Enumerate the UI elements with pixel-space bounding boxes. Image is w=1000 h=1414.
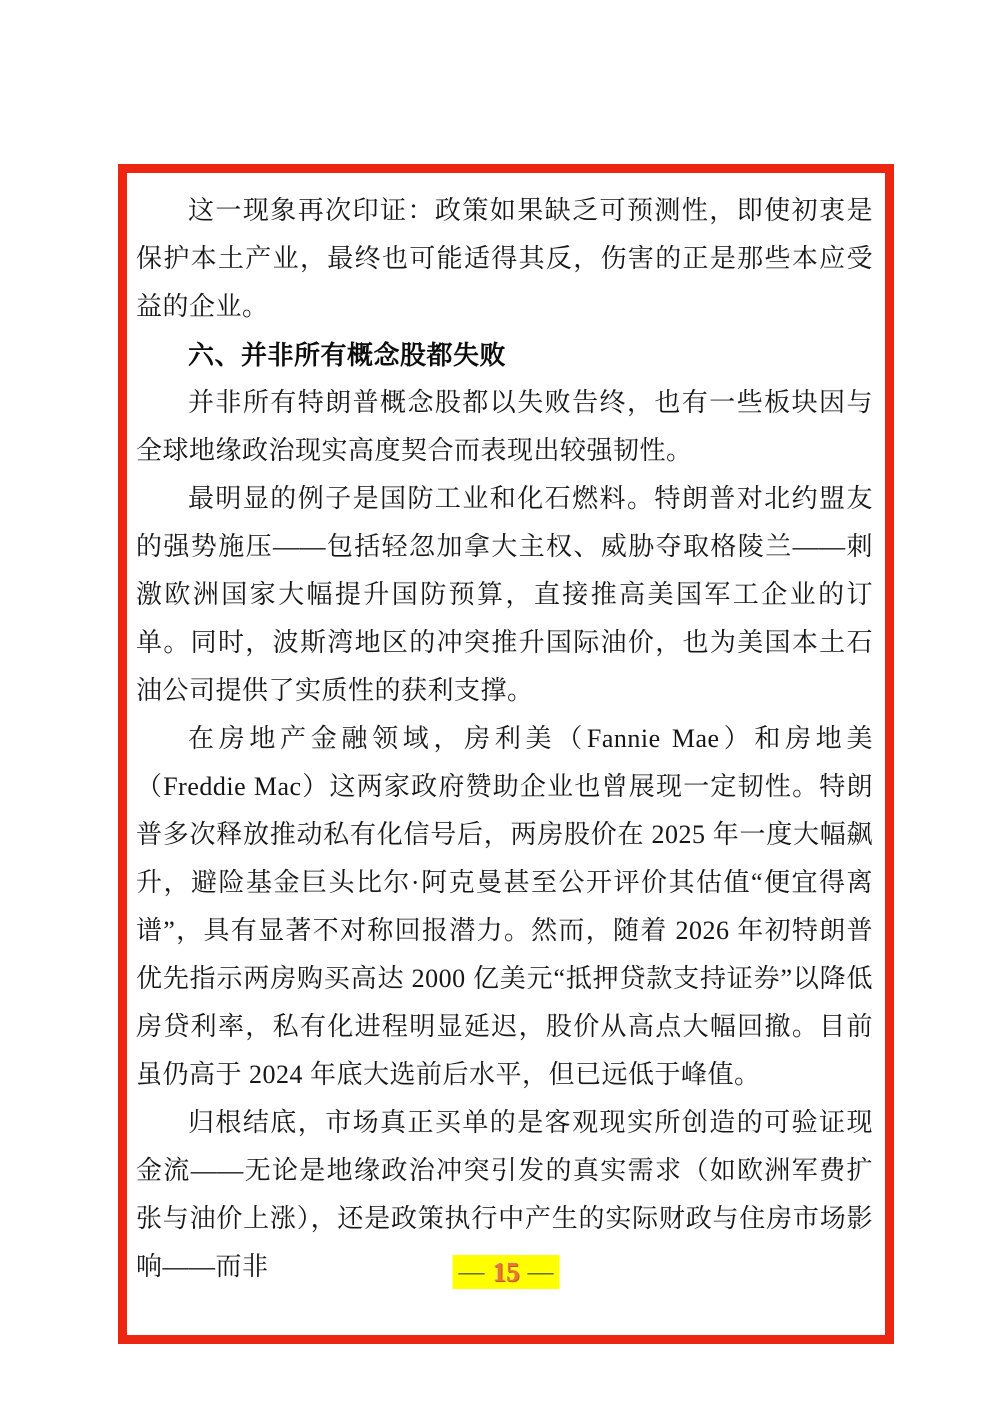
paragraph-policy-predictability: 这一现象再次印证：政策如果缺乏可预测性，即使初衷是保护本土产业，最终也可能适得其… bbox=[136, 187, 873, 331]
body-text: 这一现象再次印证：政策如果缺乏可预测性，即使初衷是保护本土产业，最终也可能适得其… bbox=[136, 187, 873, 1291]
document-page: 这一现象再次印证：政策如果缺乏可预测性，即使初衷是保护本土产业，最终也可能适得其… bbox=[0, 0, 1000, 1414]
footer-dash-left: — bbox=[459, 1255, 485, 1289]
paragraph-fannie-freddie: 在房地产金融领域，房利美（Fannie Mae）和房地美（Freddie Mac… bbox=[136, 715, 873, 1099]
page-number: 15 bbox=[493, 1255, 520, 1289]
red-border-frame: 这一现象再次印证：政策如果缺乏可预测性，即使初衷是保护本土产业，最终也可能适得其… bbox=[118, 164, 894, 1344]
paragraph-not-all-failed: 并非所有特朗普概念股都以失败告终，也有一些板块因与全球地缘政治现实高度契合而表现… bbox=[136, 379, 873, 475]
paragraph-defense-oil: 最明显的例子是国防工业和化石燃料。特朗普对北约盟友的强势施压——包括轻忽加拿大主… bbox=[136, 475, 873, 715]
page-number-footer: — 15 — bbox=[453, 1255, 560, 1289]
footer-dash-right: — bbox=[528, 1255, 554, 1289]
section-heading-six: 六、并非所有概念股都失败 bbox=[136, 331, 873, 379]
